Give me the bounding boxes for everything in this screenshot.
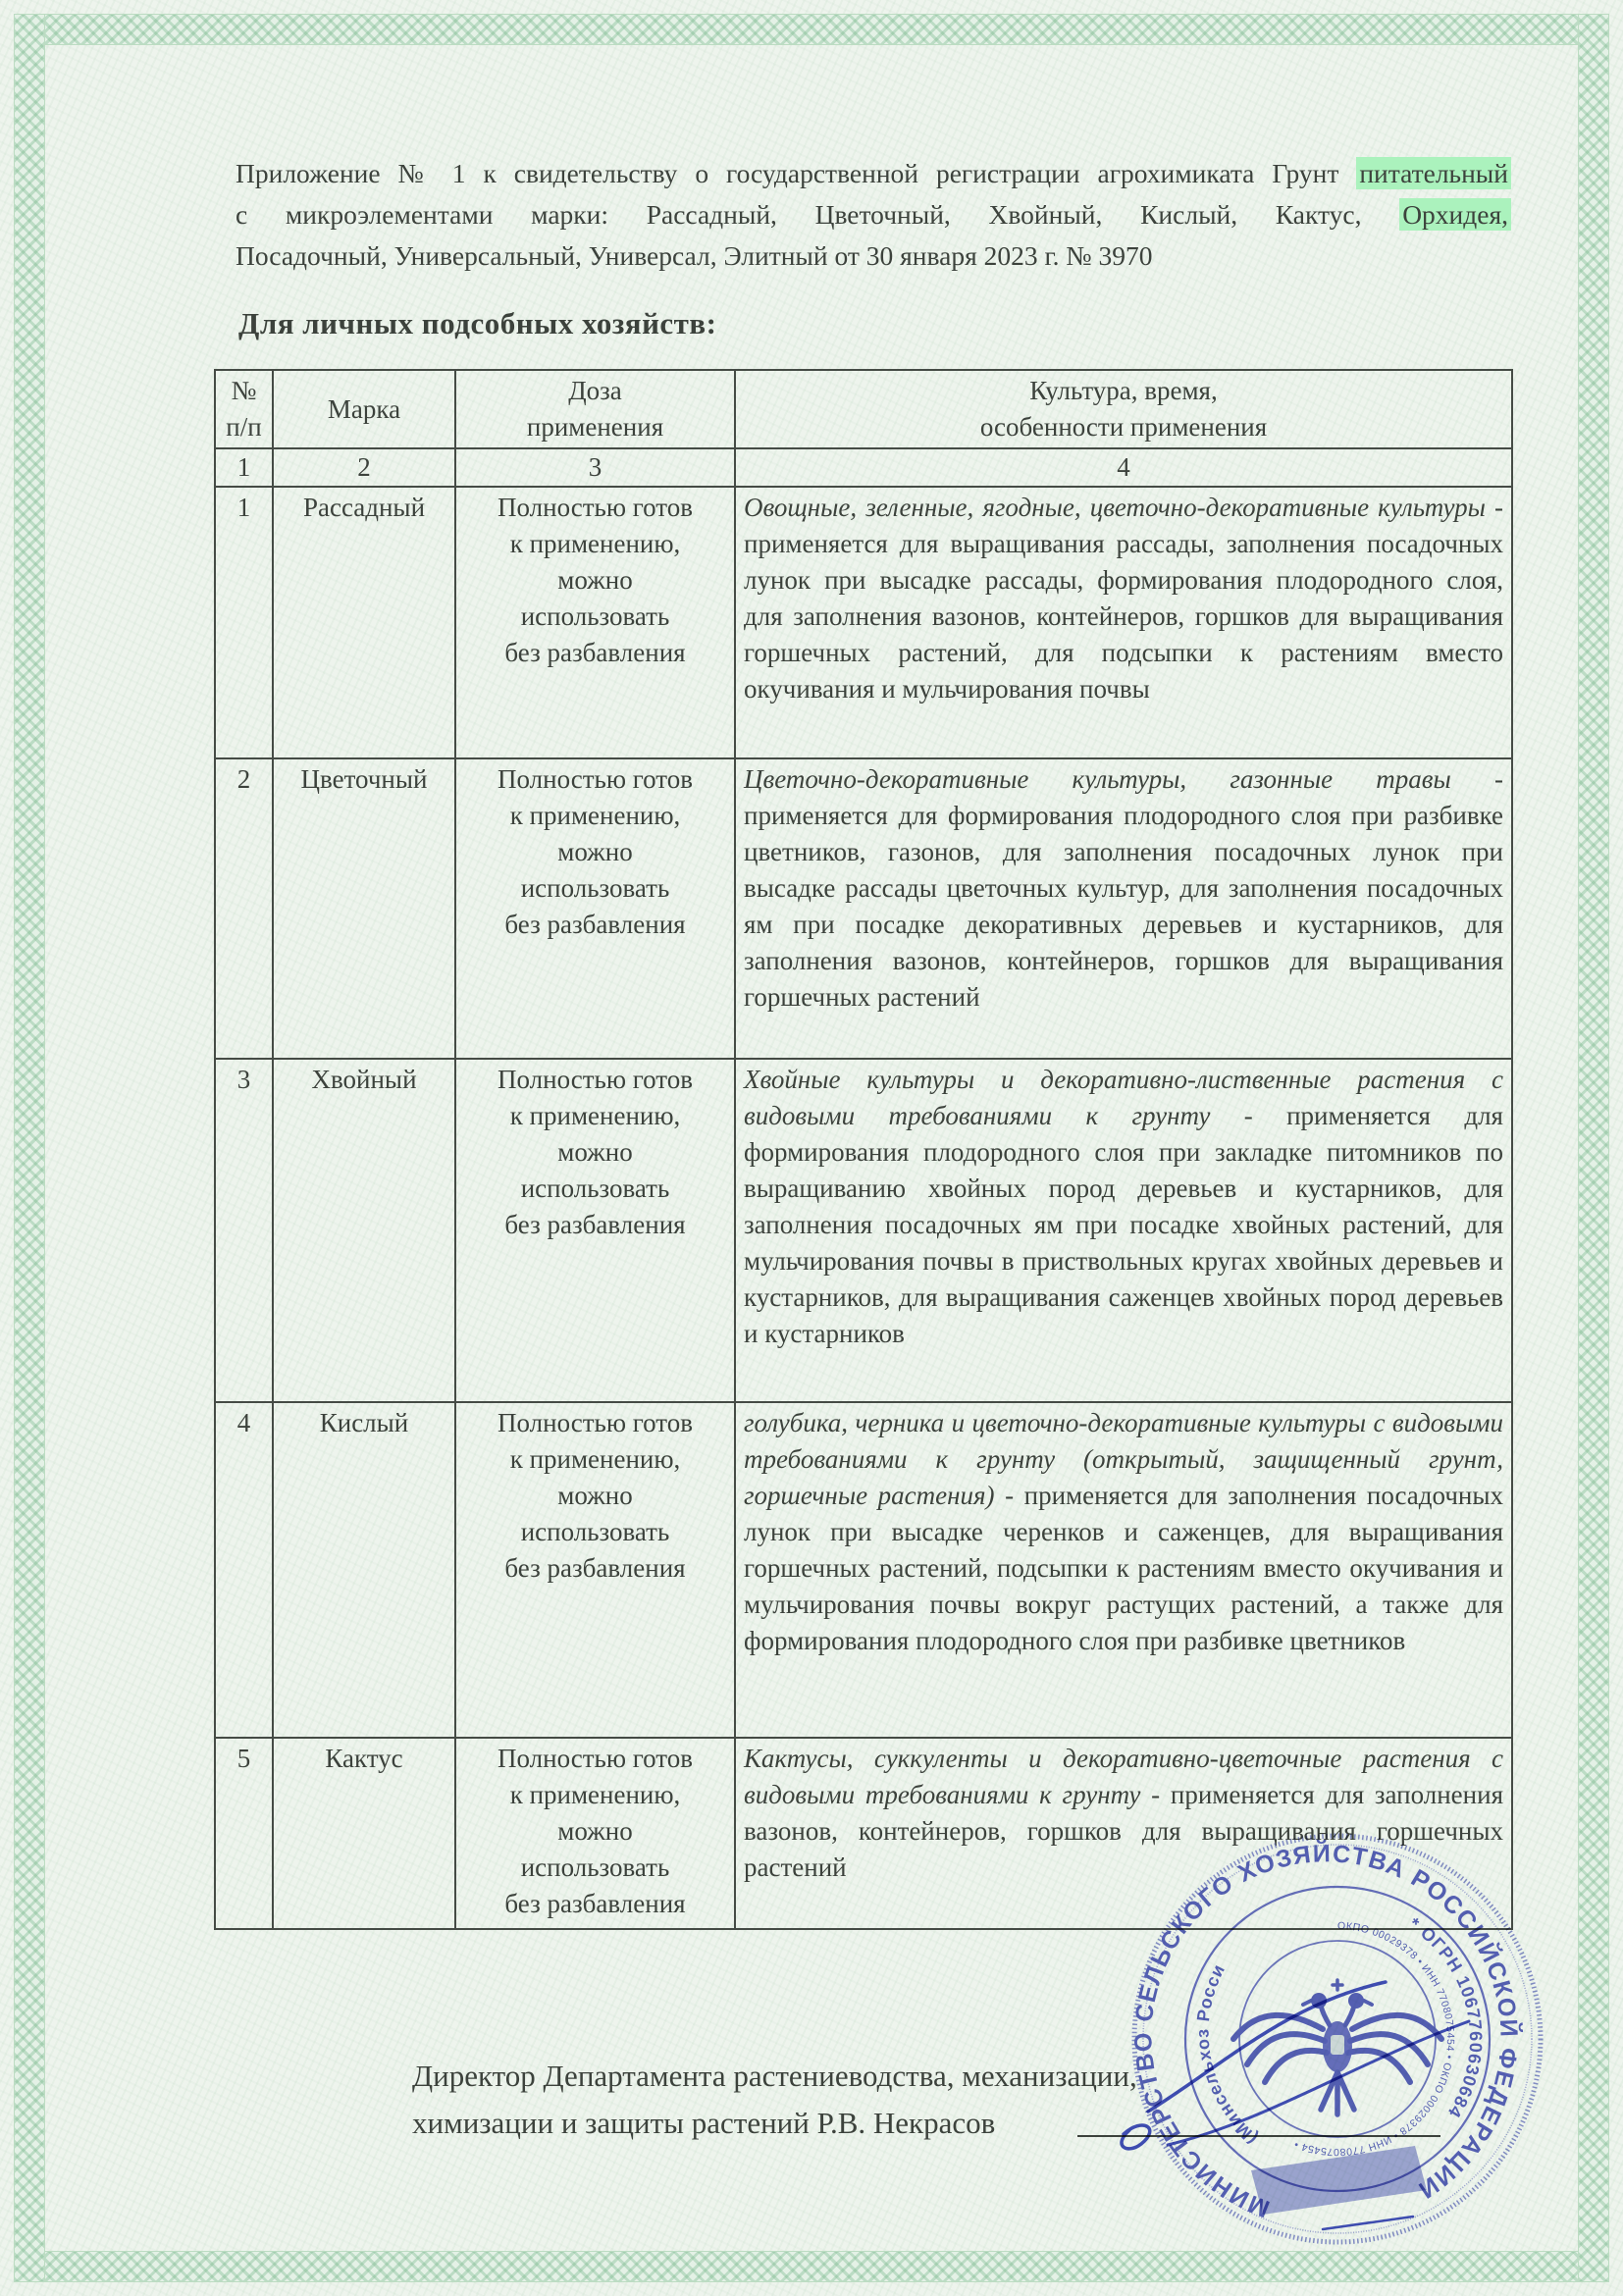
signature-stroke-3 bbox=[1323, 2217, 1413, 2229]
border-ornament-top bbox=[14, 14, 1609, 45]
table-row: 4 Кислый Полностью готов к применению, м… bbox=[215, 1402, 1512, 1738]
document-header-paragraph: Приложение № 1 к свидетельству о государ… bbox=[236, 153, 1511, 277]
mark-cell: Кактус bbox=[273, 1738, 455, 1929]
header-line-3: Посадочный, Универсальный, Универсал, Эл… bbox=[236, 235, 1511, 277]
signature-loop-stroke bbox=[1122, 2125, 1150, 2149]
column-header-dose: Доза применения bbox=[455, 370, 735, 448]
culture-lead-italic: Цветочно-декоративные культуры, газонные… bbox=[744, 764, 1451, 794]
table-row: 1 Рассадный Полностью готов к применению… bbox=[215, 487, 1512, 758]
column-header-culture: Культура, время, особенности применения bbox=[735, 370, 1512, 448]
mark-cell: Хвойный bbox=[273, 1059, 455, 1402]
dose-cell: Полностью готов к применению, можно испо… bbox=[455, 1059, 735, 1402]
culture-cell: Хвойные культуры и декоративно-лиственны… bbox=[735, 1059, 1512, 1402]
application-table: № п/п Марка Доза применения Культура, вр… bbox=[214, 369, 1513, 1930]
handwritten-signature-overlay bbox=[1030, 1913, 1570, 2257]
mark-cell: Кислый bbox=[273, 1402, 455, 1738]
border-ornament-left bbox=[14, 14, 45, 2282]
column-header-num: № п/п bbox=[215, 370, 273, 448]
index-cell-1: 1 bbox=[215, 448, 273, 487]
row-number: 2 bbox=[215, 758, 273, 1059]
index-cell-4: 4 bbox=[735, 448, 1512, 487]
blue-marker-block bbox=[1251, 2146, 1427, 2215]
culture-lead-italic: Овощные, зеленные, ягодные, цветочно-дек… bbox=[744, 493, 1486, 522]
culture-cell: голубика, черника и цветочно-декоративны… bbox=[735, 1402, 1512, 1738]
culture-rest-text: - применяется для формирования плодородн… bbox=[744, 1101, 1503, 1348]
column-header-mark: Марка bbox=[273, 370, 455, 448]
signature-stroke-2 bbox=[1168, 2021, 1469, 2145]
dose-cell: Полностью готов к применению, можно испо… bbox=[455, 487, 735, 758]
culture-rest-text: - применяется для формирования плодородн… bbox=[744, 764, 1503, 1012]
index-cell-3: 3 bbox=[455, 448, 735, 487]
table-row: 3 Хвойный Полностью готов к применению, … bbox=[215, 1059, 1512, 1402]
row-number: 1 bbox=[215, 487, 273, 758]
dose-cell: Полностью готов к применению, можно испо… bbox=[455, 1738, 735, 1929]
table-header-row: № п/п Марка Доза применения Культура, вр… bbox=[215, 370, 1512, 448]
mark-cell: Цветочный bbox=[273, 758, 455, 1059]
dose-cell: Полностью готов к применению, можно испо… bbox=[455, 1402, 735, 1738]
culture-cell: Цветочно-декоративные культуры, газонные… bbox=[735, 758, 1512, 1059]
highlight-orhideya: Орхидея, bbox=[1399, 198, 1511, 231]
culture-rest-text: - применяется для выращивания рассады, з… bbox=[744, 493, 1503, 704]
header-line-2: с микроэлементами марки: Рассадный, Цвет… bbox=[236, 194, 1511, 235]
highlight-pitatelny: питательный bbox=[1356, 157, 1511, 189]
row-number: 3 bbox=[215, 1059, 273, 1402]
header-line-1: Приложение № 1 к свидетельству о государ… bbox=[236, 153, 1511, 194]
culture-cell: Овощные, зеленные, ягодные, цветочно-дек… bbox=[735, 487, 1512, 758]
mark-cell: Рассадный bbox=[273, 487, 455, 758]
header-line-1-text: Приложение № 1 к свидетельству о государ… bbox=[236, 158, 1356, 188]
signature-stroke-1 bbox=[1148, 1982, 1386, 2112]
document-page: Приложение № 1 к свидетельству о государ… bbox=[0, 0, 1623, 2296]
table-index-row: 1 2 3 4 bbox=[215, 448, 1512, 487]
table-row: 2 Цветочный Полностью готов к применению… bbox=[215, 758, 1512, 1059]
header-line-2-text: с микроэлементами марки: Рассадный, Цвет… bbox=[236, 199, 1399, 230]
row-number: 5 bbox=[215, 1738, 273, 1929]
index-cell-2: 2 bbox=[273, 448, 455, 487]
section-title: Для личных подсобных хозяйств: bbox=[238, 306, 716, 341]
row-number: 4 bbox=[215, 1402, 273, 1738]
border-ornament-right bbox=[1578, 14, 1609, 2282]
dose-cell: Полностью готов к применению, можно испо… bbox=[455, 758, 735, 1059]
